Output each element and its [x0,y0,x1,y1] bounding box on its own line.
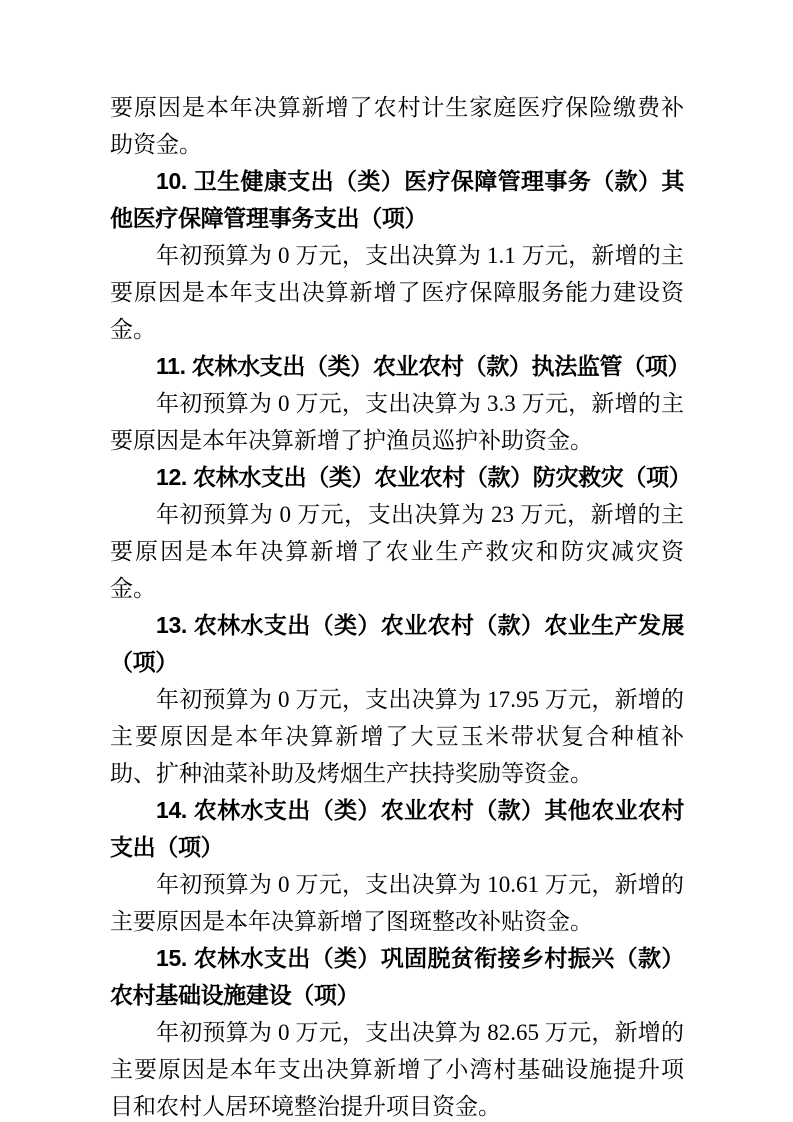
body-paragraph: 年初预算为 0 万元，支出决算为 23 万元，新增的主要原因是本年决算新增了农业… [110,496,684,607]
document-content: 要原因是本年决算新增了农村计生家庭医疗保险缴费补助资金。10. 卫生健康支出（类… [110,89,684,1122]
section-heading: 11. 农林水支出（类）农业农村（款）执法监管（项） [110,348,684,385]
section-heading: 15. 农林水支出（类）巩固脱贫衔接乡村振兴（款）农村基础设施建设（项） [110,940,684,1014]
body-paragraph: 要原因是本年决算新增了农村计生家庭医疗保险缴费补助资金。 [110,89,684,163]
body-paragraph: 年初预算为 0 万元，支出决算为 10.61 万元，新增的主要原因是本年决算新增… [110,866,684,940]
body-paragraph: 年初预算为 0 万元，支出决算为 17.95 万元，新增的主要原因是本年决算新增… [110,681,684,792]
section-heading: 12. 农林水支出（类）农业农村（款）防灾救灾（项） [110,459,684,496]
body-paragraph: 年初预算为 0 万元，支出决算为 3.3 万元，新增的主要原因是本年决算新增了护… [110,385,684,459]
document-page: 要原因是本年决算新增了农村计生家庭医疗保险缴费补助资金。10. 卫生健康支出（类… [0,0,793,1122]
section-heading: 10. 卫生健康支出（类）医疗保障管理事务（款）其他医疗保障管理事务支出（项） [110,163,684,237]
body-paragraph: 年初预算为 0 万元，支出决算为 82.65 万元，新增的主要原因是本年支出决算… [110,1014,684,1122]
section-heading: 14. 农林水支出（类）农业农村（款）其他农业农村支出（项） [110,792,684,866]
section-heading: 13. 农林水支出（类）农业农村（款）农业生产发展（项） [110,607,684,681]
body-paragraph: 年初预算为 0 万元，支出决算为 1.1 万元，新增的主要原因是本年支出决算新增… [110,237,684,348]
